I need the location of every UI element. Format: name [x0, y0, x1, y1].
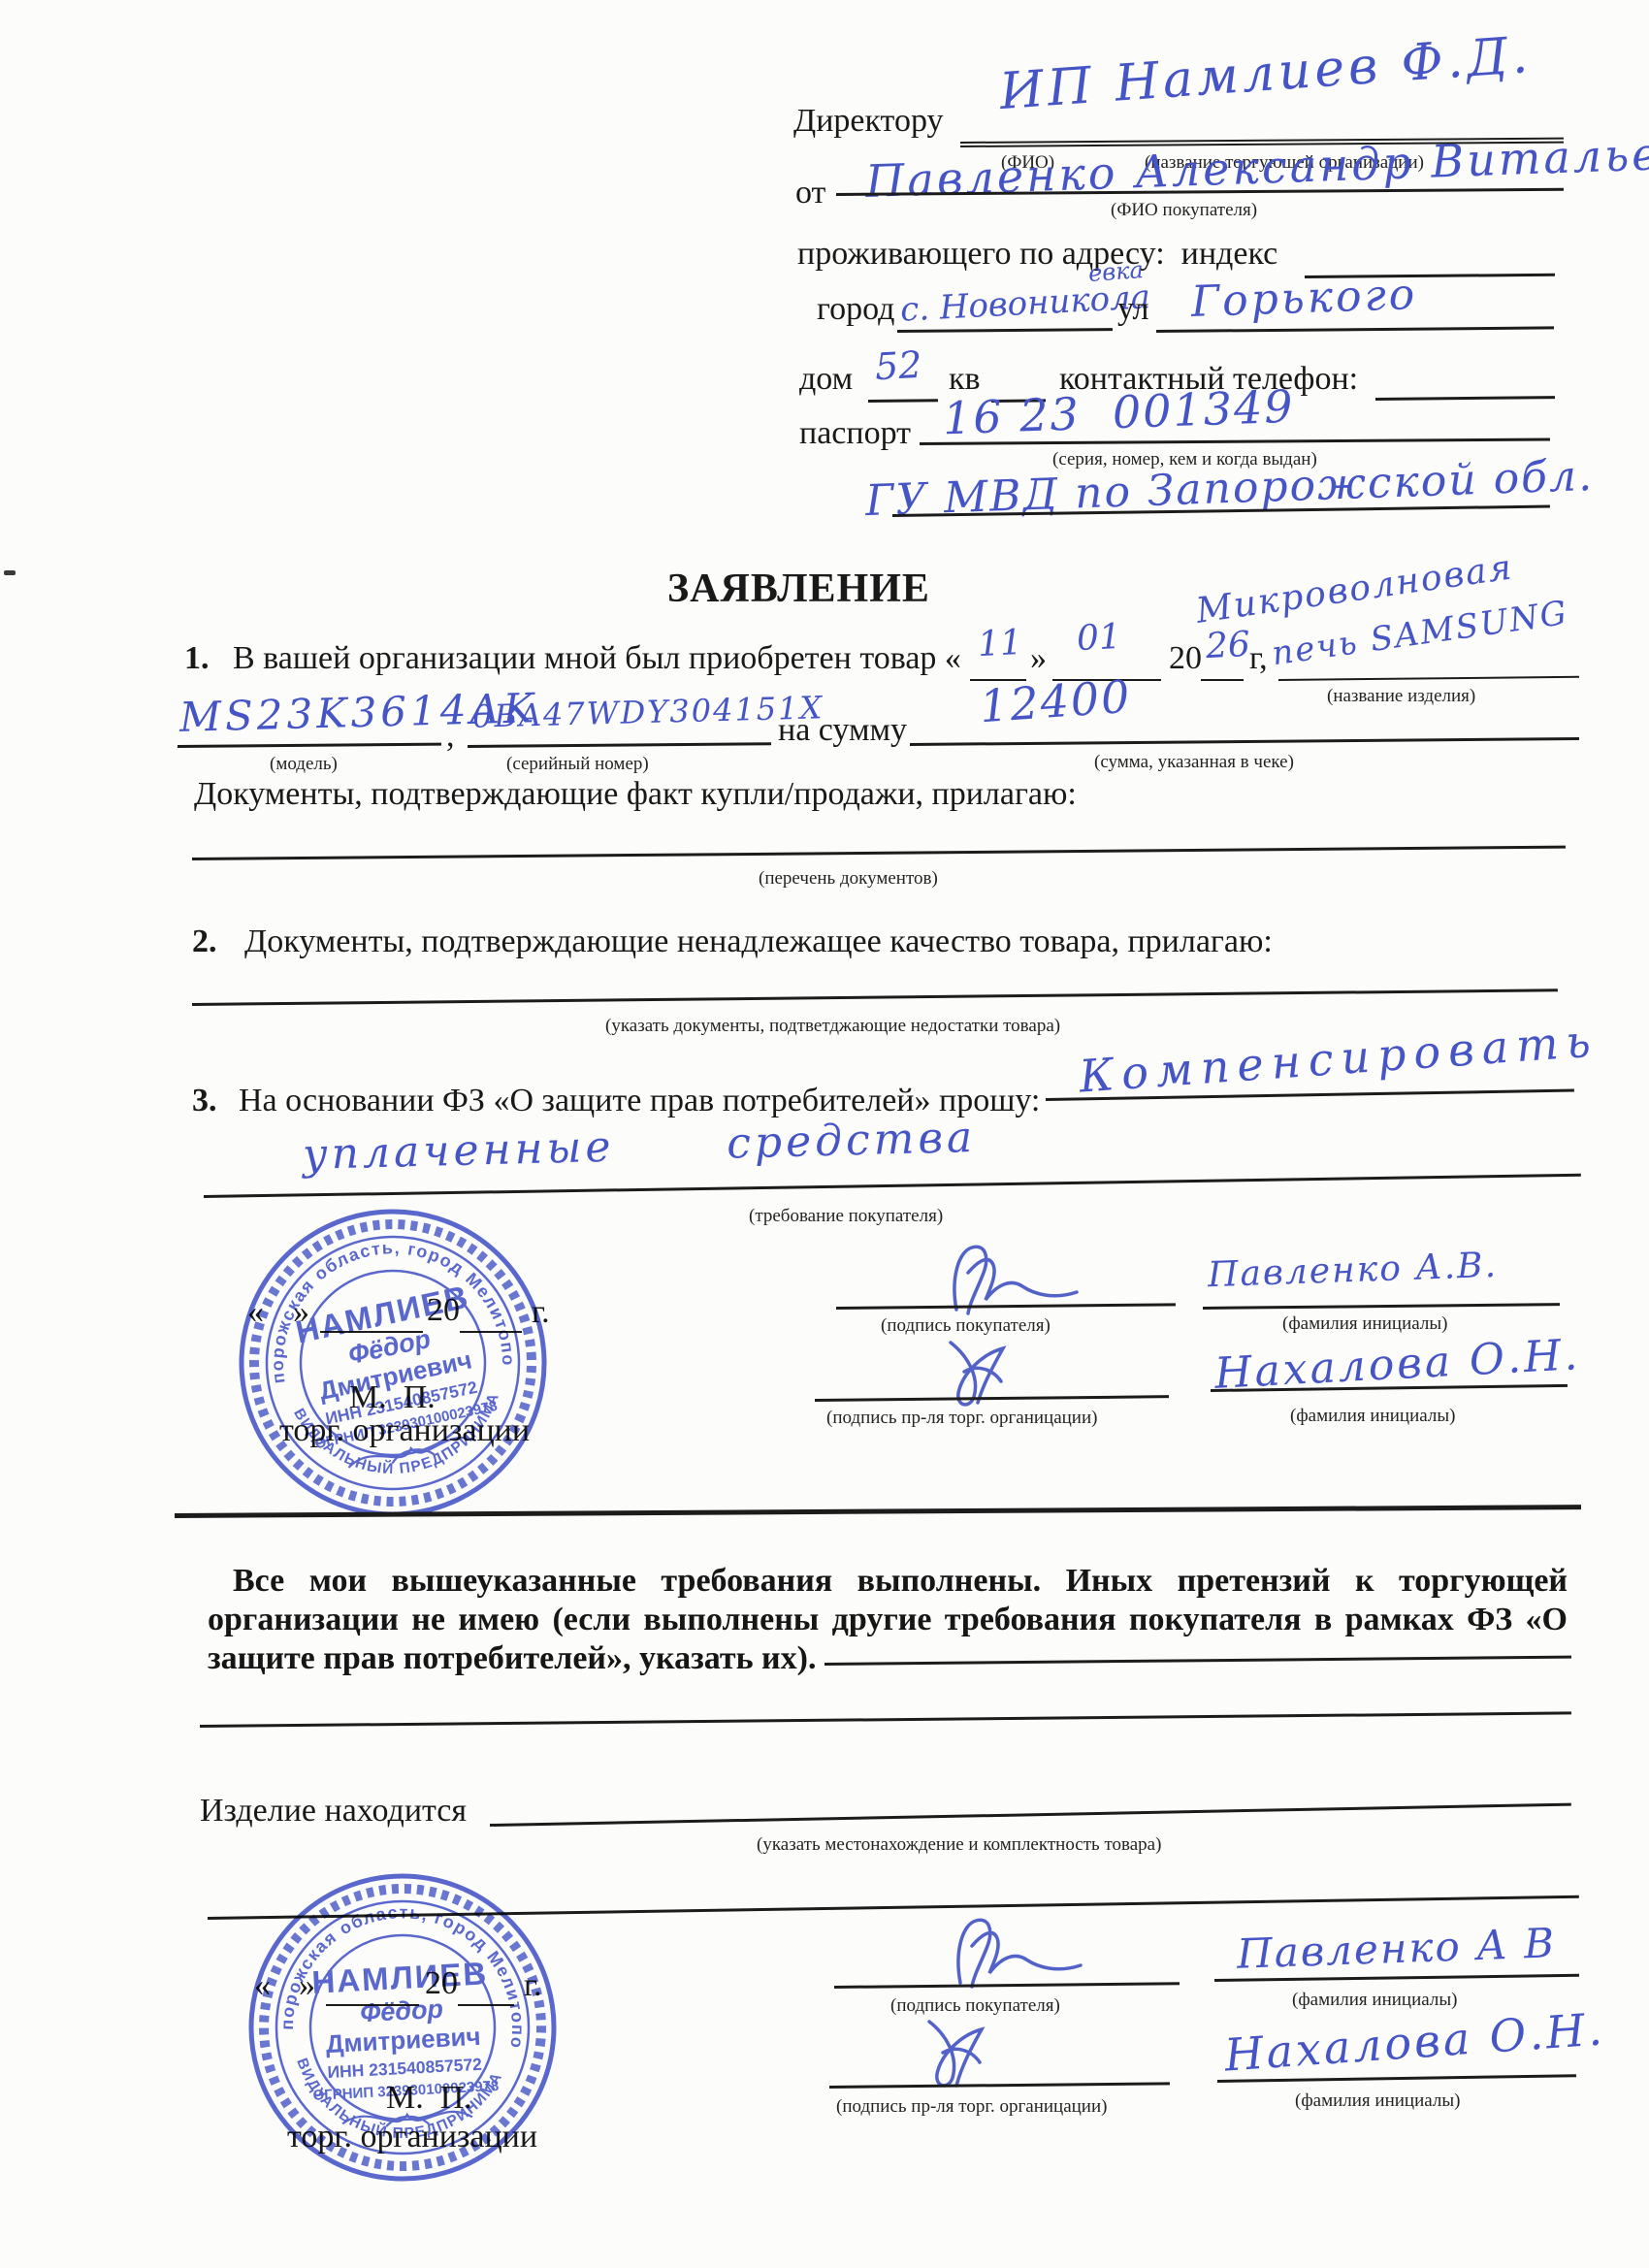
page-title: ЗАЯВЛЕНИЕ	[667, 568, 930, 609]
city-label: город	[817, 293, 894, 326]
sum-underline	[910, 737, 1579, 746]
closing-underline-full	[200, 1711, 1571, 1728]
buyer-name-line-1	[1203, 1303, 1560, 1310]
buyer-fio-caption: (ФИО покупателя)	[1111, 201, 1257, 219]
seller-name-caption-1: (фамилия инициалы)	[1290, 1407, 1455, 1425]
phone-underline	[1375, 396, 1555, 401]
docs-blank-underline	[192, 846, 1566, 860]
director-name-handwritten: ИП Намлиев Ф.Д.	[998, 30, 1534, 117]
seller-name-bottom-handwritten: Нахалова О.Н.	[1223, 2006, 1606, 2077]
house-number-handwritten: 52	[874, 346, 922, 385]
from-label: от	[795, 177, 825, 210]
location-label: Изделие находится	[200, 1795, 467, 1828]
closing-paragraph: Все мои вышеуказанные требования выполне…	[208, 1562, 1568, 1678]
purchase-day-handwritten: 11	[977, 626, 1023, 663]
buyer-name-bottom-handwritten: Павленко А В	[1236, 1923, 1556, 1974]
street-handwritten: Горького	[1190, 274, 1418, 324]
buyer-name-caption-2: (фамилия инициалы)	[1292, 1991, 1457, 2009]
seller-name-caption-2: (фамилия инициалы)	[1295, 2091, 1460, 2110]
item2-text: Документы, подтверждающие ненадлежащее к…	[244, 925, 1273, 958]
buyer-signature-1	[929, 1240, 1094, 1327]
product-caption: (название изделия)	[1327, 687, 1475, 705]
sum-label: на сумму	[778, 714, 907, 747]
purchase-year-handwritten: 26	[1205, 628, 1251, 664]
street-underline	[1156, 326, 1554, 333]
year-printed: 20	[1169, 642, 1202, 675]
item3-number: 3.	[192, 1085, 217, 1118]
serial-underline	[468, 742, 771, 748]
item3-text: На основании ФЗ «О защите прав потребите…	[239, 1085, 1040, 1118]
sum-caption: (сумма, указанная в чеке)	[1094, 753, 1294, 771]
seller-sign-caption-2: (подпись пр-ля торг. органицации)	[836, 2097, 1107, 2116]
stamp2-name: Фёдор	[359, 1994, 443, 2027]
demand-handwritten-line1: Компенсировать	[1078, 1018, 1600, 1098]
item2-caption: (указать документы, подтветджающие недос…	[605, 1017, 1060, 1035]
seller-sign-caption-1: (подпись пр-ля торг. органицации)	[826, 1409, 1097, 1427]
model-serial-separator: ,	[446, 720, 455, 753]
item1-number: 1.	[184, 642, 210, 675]
round-stamp-bottom: Запорожская область, город Мелитополь * …	[232, 1857, 572, 2197]
item2-blank-underline	[192, 988, 1558, 1006]
seller-signature-2	[900, 2010, 1036, 2092]
item3-caption: (требование покупателя)	[749, 1207, 943, 1225]
model-underline	[178, 743, 441, 748]
round-stamp-top: Запорожская область, город Мелитополь * …	[225, 1195, 561, 1531]
stamp2-inn: ИНН 231540857572	[327, 2055, 483, 2082]
serial-caption: (серийный номер)	[506, 755, 649, 773]
city-underline	[897, 328, 1113, 333]
product-underline	[1278, 676, 1579, 681]
demand-handwritten-line2: уплаченные средства	[303, 1117, 977, 1177]
passport-number-handwritten: 16 23 001349	[942, 384, 1295, 441]
stamp2-patronymic: Дмитриевич	[325, 2022, 481, 2058]
year-suffix: г,	[1249, 642, 1268, 675]
buyer-name-top-handwritten: Павленко А.В.	[1207, 1248, 1498, 1293]
city-handwritten: с. Новоникола	[899, 280, 1150, 326]
purchase-month-handwritten: 01	[1076, 620, 1122, 657]
buyer-name-caption-1: (фамилия инициалы)	[1282, 1314, 1447, 1333]
street-label: ул	[1117, 293, 1148, 326]
docs-caption: (перечень документов)	[759, 869, 938, 888]
model-caption: (модель)	[270, 755, 338, 773]
demand-underline-2	[204, 1174, 1581, 1198]
scanned-claim-form: Директору ИП Намлиев Ф.Д. (ФИО) (названи…	[0, 0, 1649, 2268]
address-label: проживающего по адресу: индекс	[797, 238, 1277, 271]
year-underline	[1201, 679, 1244, 681]
location-underline	[490, 1803, 1571, 1827]
scan-speck	[4, 570, 16, 575]
item1-lead-text: В вашей организации мной был приобретен …	[233, 642, 961, 675]
location-caption: (указать местонахождение и комплектность…	[757, 1835, 1161, 1854]
sum-handwritten: 12400	[979, 674, 1133, 729]
docs-attached-text: Документы, подтверждающие факт купли/про…	[194, 778, 1077, 811]
house-label: дом	[799, 363, 853, 396]
passport-label: паспорт	[799, 417, 911, 450]
director-label: Директору	[793, 105, 944, 138]
quote-close: »	[1030, 642, 1047, 675]
serial-handwritten: 0BA47WDY304151X	[472, 692, 824, 731]
item2-number: 2.	[192, 925, 217, 958]
city-handwritten-superscript: евка	[1087, 258, 1144, 285]
house-underline	[868, 399, 938, 403]
